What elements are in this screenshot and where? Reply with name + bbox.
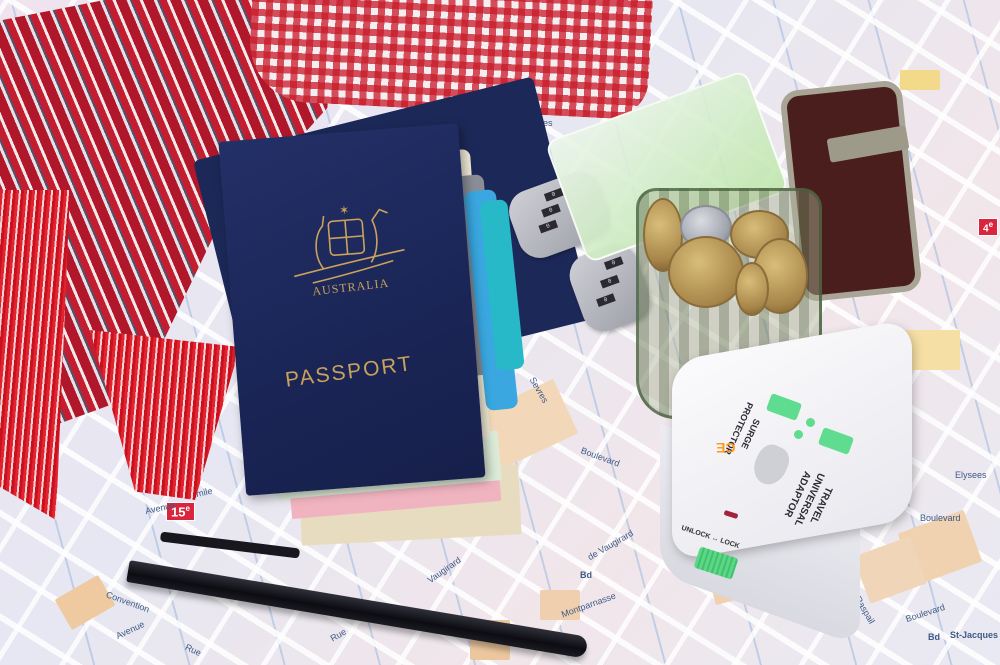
map-label: Elysees bbox=[955, 470, 987, 480]
travel-adapter: TRAVEL UNIVERSAL ADAPTOR SURGE PROTECTOR… bbox=[660, 340, 915, 620]
map-label: Boulevard bbox=[580, 445, 622, 468]
map-label: Bd bbox=[580, 570, 592, 580]
ce-mark-icon: CE bbox=[716, 440, 735, 456]
scarf-fringe bbox=[0, 190, 70, 520]
map-label: Avenue bbox=[114, 619, 146, 641]
adapter-top bbox=[672, 319, 912, 561]
map-block bbox=[55, 575, 116, 630]
lock-dial: 0 bbox=[600, 275, 620, 289]
lock-dial: 0 bbox=[541, 204, 561, 218]
map-label: St-Jacques bbox=[950, 630, 998, 640]
coin bbox=[735, 262, 769, 316]
passport-title: PASSPORT bbox=[284, 352, 414, 393]
arrondissement-badge: 4e bbox=[978, 218, 998, 236]
socket-hole bbox=[794, 430, 803, 439]
socket-hole bbox=[806, 418, 815, 427]
lock-dial: 0 bbox=[604, 256, 624, 270]
photo-scene: 15e 4e Avenue Emile Convention Rue Avenu… bbox=[0, 0, 1000, 665]
map-label: de Vaugirard bbox=[586, 528, 635, 562]
lock-dial: 0 bbox=[538, 220, 558, 234]
map-label: Vaugirard bbox=[426, 555, 463, 585]
lock-dial: 0 bbox=[544, 188, 564, 202]
scarf-fringe bbox=[90, 330, 240, 500]
coin bbox=[668, 236, 744, 308]
map-label: Bd bbox=[928, 632, 940, 642]
pen bbox=[126, 560, 588, 658]
map-label: Rue bbox=[329, 627, 348, 644]
svg-text:✶: ✶ bbox=[339, 203, 350, 218]
lock-dial: 0 bbox=[596, 293, 616, 307]
map-label: Rue bbox=[184, 642, 203, 658]
map-block bbox=[900, 70, 940, 90]
map-label: Boulevard bbox=[920, 513, 961, 523]
pen-clip bbox=[160, 532, 300, 559]
passport: ✶ AUSTRALIA PASSPORT bbox=[218, 123, 485, 496]
